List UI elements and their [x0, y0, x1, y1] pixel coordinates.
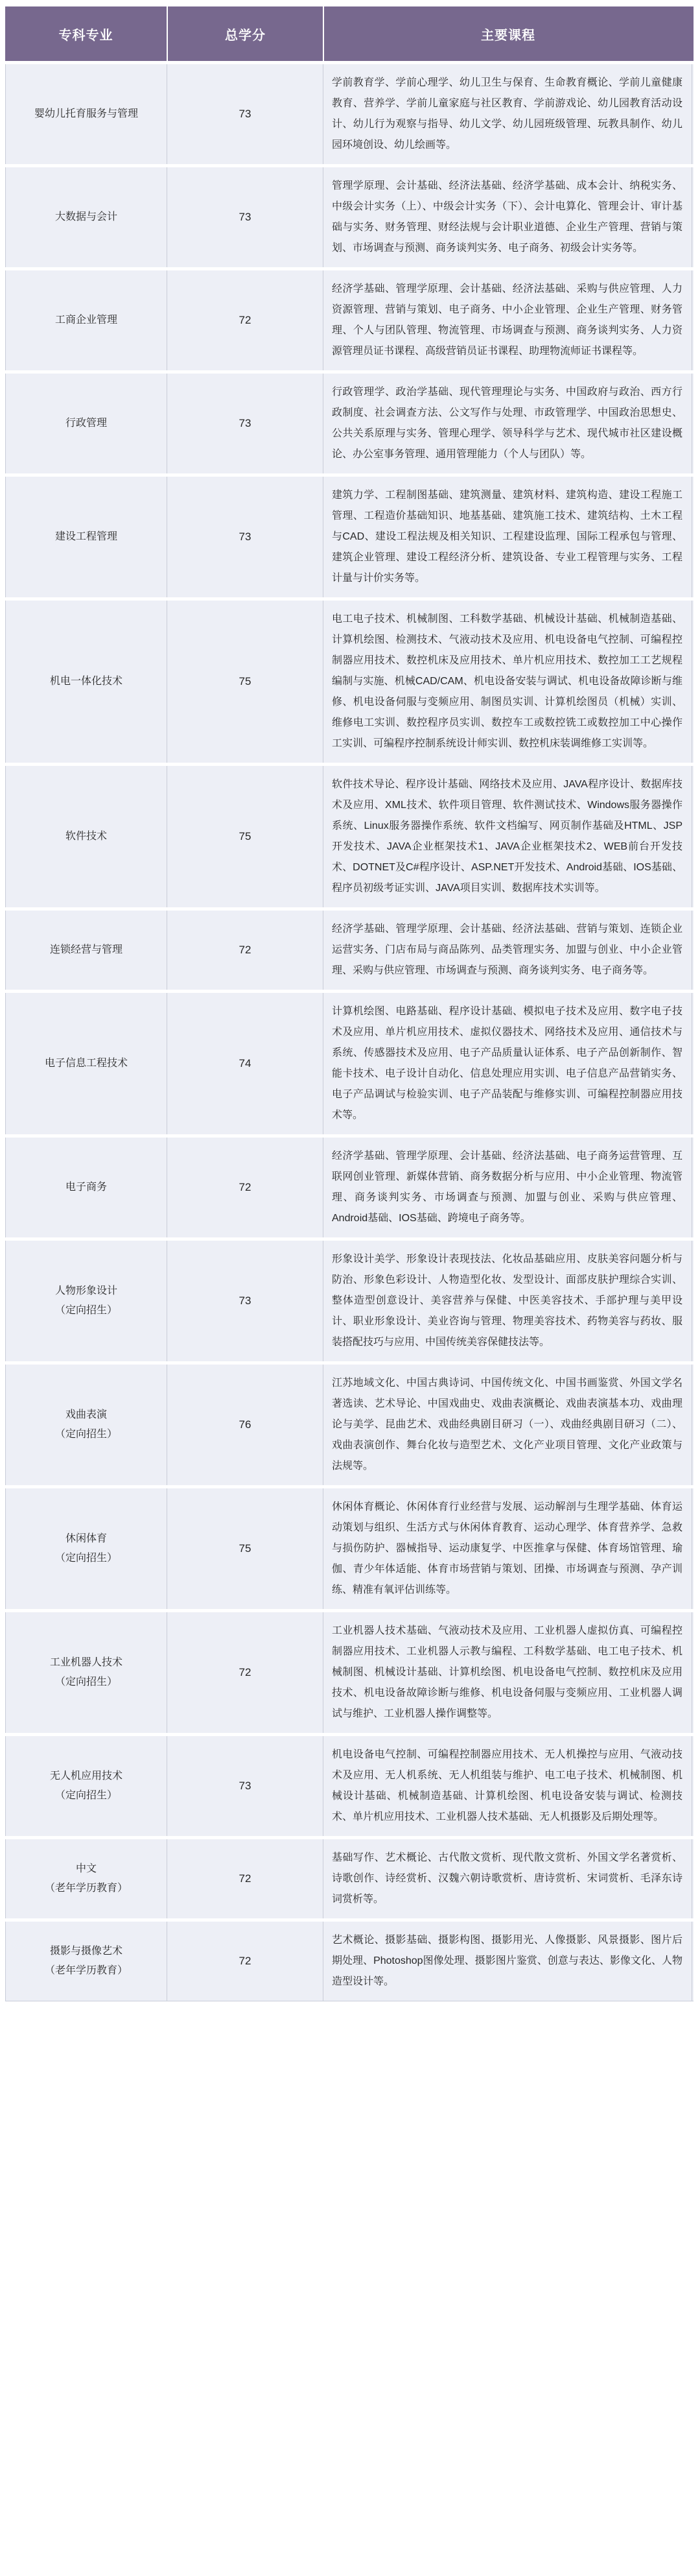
courses-text: 计算机绘图、电路基础、程序设计基础、模拟电子技术及应用、数字电子技术及应用、单片… — [323, 993, 692, 1134]
major-name: 大数据与会计 — [55, 208, 117, 227]
major-name: 摄影与摄像艺术 — [50, 1942, 122, 1961]
credits-value: 72 — [167, 911, 323, 990]
table-row: 婴幼儿托育服务与管理 73 学前教育学、学前心理学、幼儿卫生与保育、生命教育概论… — [5, 61, 694, 164]
major-subtitle: （定向招生） — [55, 1673, 117, 1692]
major-name: 人物形象设计 — [55, 1282, 117, 1301]
credits-value: 72 — [167, 1839, 323, 1918]
credits-value: 75 — [167, 1488, 323, 1609]
major-cell: 软件技术 — [5, 766, 167, 907]
major-name: 电子信息工程技术 — [45, 1054, 128, 1073]
credits-value: 75 — [167, 601, 323, 763]
major-cell: 人物形象设计 （定向招生） — [5, 1241, 167, 1361]
major-cell: 大数据与会计 — [5, 167, 167, 267]
table-row: 建设工程管理 73 建筑力学、工程制图基础、建筑测量、建筑材料、建筑构造、建设工… — [5, 473, 694, 597]
credits-value: 72 — [167, 270, 323, 370]
major-name: 中文 — [76, 1859, 97, 1879]
table-row: 电子商务 72 经济学基础、管理学原理、会计基础、经济法基础、电子商务运营管理、… — [5, 1134, 694, 1237]
major-cell: 建设工程管理 — [5, 477, 167, 597]
credits-value: 73 — [167, 64, 323, 164]
major-cell: 休闲体育 （定向招生） — [5, 1488, 167, 1609]
courses-text: 工业机器人技术基础、气液动技术及应用、工业机器人虚拟仿真、可编程控制器应用技术、… — [323, 1612, 692, 1733]
page-root: 专科专业 总学分 主要课程 婴幼儿托育服务与管理 73 学前教育学、学前心理学、… — [0, 0, 700, 2010]
courses-text: 建筑力学、工程制图基础、建筑测量、建筑材料、建筑构造、建设工程施工管理、工程造价… — [323, 477, 692, 597]
major-cell: 工商企业管理 — [5, 270, 167, 370]
credits-value: 76 — [167, 1365, 323, 1485]
major-subtitle: （老年学历教育） — [45, 1961, 128, 1981]
credits-value: 74 — [167, 993, 323, 1134]
major-cell: 工业机器人技术 （定向招生） — [5, 1612, 167, 1733]
majors-table: 专科专业 总学分 主要课程 婴幼儿托育服务与管理 73 学前教育学、学前心理学、… — [5, 6, 694, 2001]
major-subtitle: （定向招生） — [55, 1425, 117, 1444]
major-subtitle: （定向招生） — [55, 1786, 117, 1806]
table-row: 无人机应用技术 （定向招生） 73 机电设备电气控制、可编程控制器应用技术、无人… — [5, 1733, 694, 1836]
major-cell: 戏曲表演 （定向招生） — [5, 1365, 167, 1485]
table-row: 机电一体化技术 75 电工电子技术、机械制图、工科数学基础、机械设计基础、机械制… — [5, 597, 694, 763]
major-name: 连锁经营与管理 — [50, 940, 122, 960]
table-row: 中文 （老年学历教育） 72 基础写作、艺术概论、古代散文赏析、现代散文赏析、外… — [5, 1836, 694, 1918]
major-cell: 连锁经营与管理 — [5, 911, 167, 990]
courses-text: 学前教育学、学前心理学、幼儿卫生与保育、生命教育概论、学前儿童健康教育、营养学、… — [323, 64, 692, 164]
table-row: 工商企业管理 72 经济学基础、管理学原理、会计基础、经济法基础、采购与供应管理… — [5, 267, 694, 370]
major-cell: 机电一体化技术 — [5, 601, 167, 763]
major-cell: 电子信息工程技术 — [5, 993, 167, 1134]
credits-value: 73 — [167, 1241, 323, 1361]
table-row: 工业机器人技术 （定向招生） 72 工业机器人技术基础、气液动技术及应用、工业机… — [5, 1609, 694, 1733]
major-name: 戏曲表演 — [65, 1405, 107, 1425]
major-subtitle: （定向招生） — [55, 1301, 117, 1320]
major-cell: 电子商务 — [5, 1138, 167, 1237]
table-row: 休闲体育 （定向招生） 75 休闲体育概论、休闲体育行业经营与发展、运动解剖与生… — [5, 1485, 694, 1609]
major-cell: 行政管理 — [5, 374, 167, 473]
table-row: 行政管理 73 行政管理学、政治学基础、现代管理理论与实务、中国政府与政治、西方… — [5, 370, 694, 473]
major-name: 机电一体化技术 — [50, 672, 122, 691]
table-row: 戏曲表演 （定向招生） 76 江苏地域文化、中国古典诗词、中国传统文化、中国书画… — [5, 1361, 694, 1485]
major-name: 行政管理 — [65, 414, 107, 433]
courses-text: 基础写作、艺术概论、古代散文赏析、现代散文赏析、外国文学名著赏析、诗歌创作、诗经… — [323, 1839, 692, 1918]
courses-text: 机电设备电气控制、可编程控制器应用技术、无人机操控与应用、气液动技术及应用、无人… — [323, 1736, 692, 1836]
courses-text: 休闲体育概论、休闲体育行业经营与发展、运动解剖与生理学基础、体育运动策划与组织、… — [323, 1488, 692, 1609]
courses-text: 江苏地域文化、中国古典诗词、中国传统文化、中国书画鉴赏、外国文学名著选读、艺术导… — [323, 1365, 692, 1485]
major-subtitle: （定向招生） — [55, 1549, 117, 1568]
courses-text: 经济学基础、管理学原理、会计基础、经济法基础、电子商务运营管理、互联网创业管理、… — [323, 1138, 692, 1237]
table-row: 人物形象设计 （定向招生） 73 形象设计美学、形象设计表现技法、化妆品基础应用… — [5, 1237, 694, 1361]
major-name: 婴幼儿托育服务与管理 — [34, 104, 138, 124]
major-name: 建设工程管理 — [55, 527, 117, 547]
major-cell: 摄影与摄像艺术 （老年学历教育） — [5, 1922, 167, 2001]
header-cell-major: 专科专业 — [5, 6, 167, 61]
table-row: 大数据与会计 73 管理学原理、会计基础、经济法基础、经济学基础、成本会计、纳税… — [5, 164, 694, 267]
table-row: 连锁经营与管理 72 经济学基础、管理学原理、会计基础、经济法基础、营销与策划、… — [5, 907, 694, 990]
credits-value: 72 — [167, 1922, 323, 2001]
table-row: 电子信息工程技术 74 计算机绘图、电路基础、程序设计基础、模拟电子技术及应用、… — [5, 990, 694, 1134]
credits-value: 72 — [167, 1138, 323, 1237]
major-cell: 婴幼儿托育服务与管理 — [5, 64, 167, 164]
table-row: 软件技术 75 软件技术导论、程序设计基础、网络技术及应用、JAVA程序设计、数… — [5, 763, 694, 907]
major-subtitle: （老年学历教育） — [45, 1879, 128, 1898]
major-name: 工业机器人技术 — [50, 1653, 122, 1673]
table-row: 摄影与摄像艺术 （老年学历教育） 72 艺术概论、摄影基础、摄影构图、摄影用光、… — [5, 1918, 694, 2001]
header-cell-courses: 主要课程 — [323, 6, 692, 61]
courses-text: 形象设计美学、形象设计表现技法、化妆品基础应用、皮肤美容问题分析与防治、形象色彩… — [323, 1241, 692, 1361]
major-name: 工商企业管理 — [55, 311, 117, 330]
credits-value: 73 — [167, 477, 323, 597]
header-cell-credits: 总学分 — [167, 6, 323, 61]
credits-value: 75 — [167, 766, 323, 907]
courses-text: 艺术概论、摄影基础、摄影构图、摄影用光、人像摄影、风景摄影、图片后期处理、Pho… — [323, 1922, 692, 2001]
credits-value: 72 — [167, 1612, 323, 1733]
major-name: 软件技术 — [65, 827, 107, 846]
major-name: 无人机应用技术 — [50, 1767, 122, 1786]
major-cell: 无人机应用技术 （定向招生） — [5, 1736, 167, 1836]
major-name: 电子商务 — [65, 1178, 107, 1197]
major-cell: 中文 （老年学历教育） — [5, 1839, 167, 1918]
credits-value: 73 — [167, 167, 323, 267]
courses-text: 行政管理学、政治学基础、现代管理理论与实务、中国政府与政治、西方行政制度、社会调… — [323, 374, 692, 473]
rows-container: 婴幼儿托育服务与管理 73 学前教育学、学前心理学、幼儿卫生与保育、生命教育概论… — [5, 61, 694, 2001]
credits-value: 73 — [167, 374, 323, 473]
courses-text: 软件技术导论、程序设计基础、网络技术及应用、JAVA程序设计、数据库技术及应用、… — [323, 766, 692, 907]
courses-text: 经济学基础、管理学原理、会计基础、经济法基础、营销与策划、连锁企业运营实务、门店… — [323, 911, 692, 990]
credits-value: 73 — [167, 1736, 323, 1836]
courses-text: 管理学原理、会计基础、经济法基础、经济学基础、成本会计、纳税实务、中级会计实务（… — [323, 167, 692, 267]
courses-text: 电工电子技术、机械制图、工科数学基础、机械设计基础、机械制造基础、计算机绘图、检… — [323, 601, 692, 763]
major-name: 休闲体育 — [65, 1529, 107, 1549]
table-header-row: 专科专业 总学分 主要课程 — [5, 6, 694, 61]
courses-text: 经济学基础、管理学原理、会计基础、经济法基础、采购与供应管理、人力资源管理、营销… — [323, 270, 692, 370]
